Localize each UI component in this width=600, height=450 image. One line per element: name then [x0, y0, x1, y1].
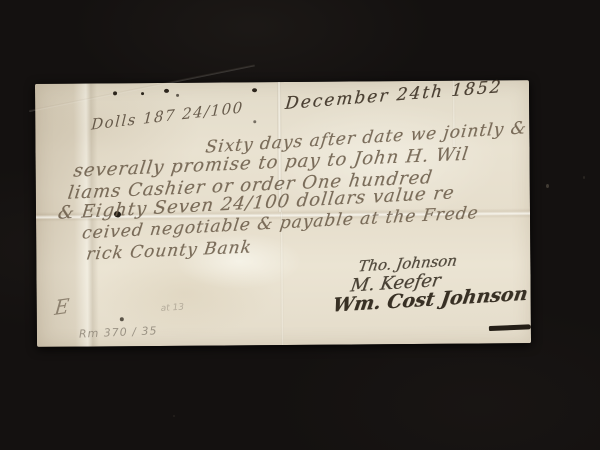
dust-speck — [546, 184, 549, 188]
photo-background: December 24th 1852 Dolls 187 24/100 Sixt… — [0, 0, 600, 450]
ink-speck — [252, 88, 257, 92]
dust-speck — [173, 415, 175, 417]
ink-blot — [489, 324, 531, 331]
pencil-faint-note: at 13 — [160, 303, 184, 314]
dust-speck — [583, 176, 585, 179]
margin-flourish: E — [54, 293, 71, 320]
amount-notation: Dolls 187 24/100 — [91, 98, 244, 133]
document-paper: December 24th 1852 Dolls 187 24/100 Sixt… — [35, 80, 531, 347]
ink-speck — [141, 92, 144, 95]
ink-speck — [113, 91, 117, 95]
ink-speck — [176, 94, 179, 97]
pencil-notation: Rm 370 / 35 — [79, 324, 158, 340]
ink-speck — [120, 317, 124, 321]
ink-speck — [253, 120, 256, 123]
ink-speck — [164, 89, 169, 93]
handwritten-date: December 24th 1852 — [284, 77, 503, 114]
